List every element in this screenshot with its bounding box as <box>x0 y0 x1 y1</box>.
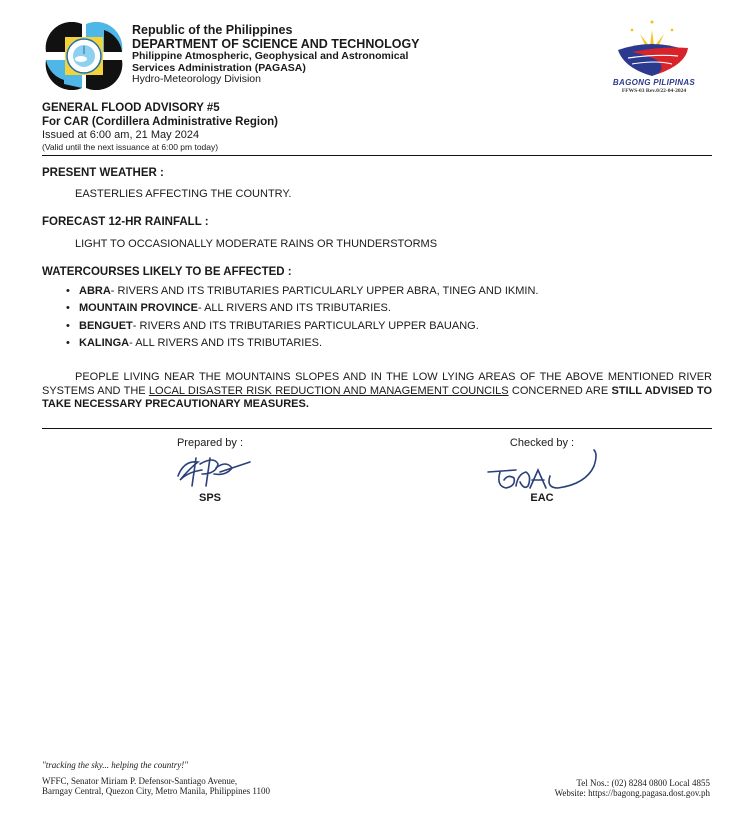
header-agency-line1: Philippine Atmospheric, Geophysical and … <box>132 51 420 62</box>
website-link[interactable]: Website: https://bagong.pagasa.dost.gov.… <box>555 788 710 798</box>
list-item: •KALINGA - ALL RIVERS AND ITS TRIBUTARIE… <box>66 338 538 355</box>
bullet-icon: • <box>66 303 79 320</box>
divider <box>42 428 712 429</box>
list-item: •MOUNTAIN PROVINCE - ALL RIVERS AND ITS … <box>66 303 538 320</box>
forecast-body: LIGHT TO OCCASIONALLY MODERATE RAINS OR … <box>75 238 437 250</box>
checked-by-name: EAC <box>482 492 602 504</box>
forecast-heading: FORECAST 12-HR RAINFALL : <box>42 216 209 228</box>
header-republic: Republic of the Philippines <box>132 24 420 37</box>
watercourses-list: •ABRA - RIVERS AND ITS TRIBUTARIES PARTI… <box>66 286 538 355</box>
telephone-numbers: Tel Nos.: (02) 8284 0800 Local 4855 <box>555 778 710 788</box>
advice-text: CONCERNED ARE <box>509 385 612 397</box>
present-weather-body: EASTERLIES AFFECTING THE COUNTRY. <box>75 188 291 200</box>
bagong-pilipinas-text: BAGONG PILIPINAS <box>598 78 710 87</box>
footer-address: WFFC, Senator Miriam P. Defensor-Santiag… <box>42 776 270 796</box>
province-detail: - ALL RIVERS AND ITS TRIBUTARIES. <box>198 303 391 320</box>
province-detail: - RIVERS AND ITS TRIBUTARIES PARTICULARL… <box>111 286 539 303</box>
bullet-icon: • <box>66 286 79 303</box>
province-name: BENGUET <box>79 321 133 338</box>
list-item: •ABRA - RIVERS AND ITS TRIBUTARIES PARTI… <box>66 286 538 303</box>
province-detail: - ALL RIVERS AND ITS TRIBUTARIES. <box>129 338 322 355</box>
header-agency-line2: Services Administration (PAGASA) <box>132 63 420 74</box>
address-line2: Barngay Central, Quezon City, Metro Mani… <box>42 786 270 796</box>
prepared-signature-icon <box>170 450 255 497</box>
province-name: ABRA <box>79 286 111 303</box>
header-division: Hydro-Meteorology Division <box>132 74 420 85</box>
footer-contact: Tel Nos.: (02) 8284 0800 Local 4855 Webs… <box>555 778 710 798</box>
advisory-title-block: GENERAL FLOOD ADVISORY #5 For CAR (Cordi… <box>42 103 278 152</box>
footer-tagline: "tracking the sky... helping the country… <box>42 760 188 770</box>
form-code: FFWS-03 Rev.0/22-04-2024 <box>598 88 710 94</box>
province-name: MOUNTAIN PROVINCE <box>79 303 198 320</box>
agency-header: Republic of the Philippines DEPARTMENT O… <box>132 24 420 85</box>
province-detail: - RIVERS AND ITS TRIBUTARIES PARTICULARL… <box>133 321 479 338</box>
advice-councils: LOCAL DISASTER RISK REDUCTION AND MANAGE… <box>149 385 509 397</box>
bagong-pilipinas-logo <box>612 18 692 78</box>
bullet-icon: • <box>66 338 79 355</box>
prepared-by-label: Prepared by : <box>150 437 270 449</box>
watercourses-heading: WATERCOURSES LIKELY TO BE AFFECTED : <box>42 266 292 278</box>
advisory-issued: Issued at 6:00 am, 21 May 2024 <box>42 130 278 141</box>
advisory-title: GENERAL FLOOD ADVISORY #5 <box>42 103 278 115</box>
bullet-icon: • <box>66 321 79 338</box>
header-department: DEPARTMENT OF SCIENCE AND TECHNOLOGY <box>132 38 420 51</box>
advisory-region: For CAR (Cordillera Administrative Regio… <box>42 117 278 129</box>
dost-pagasa-logo <box>42 22 126 90</box>
list-item: •BENGUET - RIVERS AND ITS TRIBUTARIES PA… <box>66 321 538 338</box>
advice-paragraph: PEOPLE LIVING NEAR THE MOUNTAINS SLOPES … <box>42 371 712 412</box>
divider <box>42 155 712 156</box>
province-name: KALINGA <box>79 338 129 355</box>
present-weather-heading: PRESENT WEATHER : <box>42 167 164 179</box>
prepared-by-name: SPS <box>150 492 270 504</box>
address-line1: WFFC, Senator Miriam P. Defensor-Santiag… <box>42 776 270 786</box>
advisory-validity: (Valid until the next issuance at 6:00 p… <box>42 143 278 152</box>
